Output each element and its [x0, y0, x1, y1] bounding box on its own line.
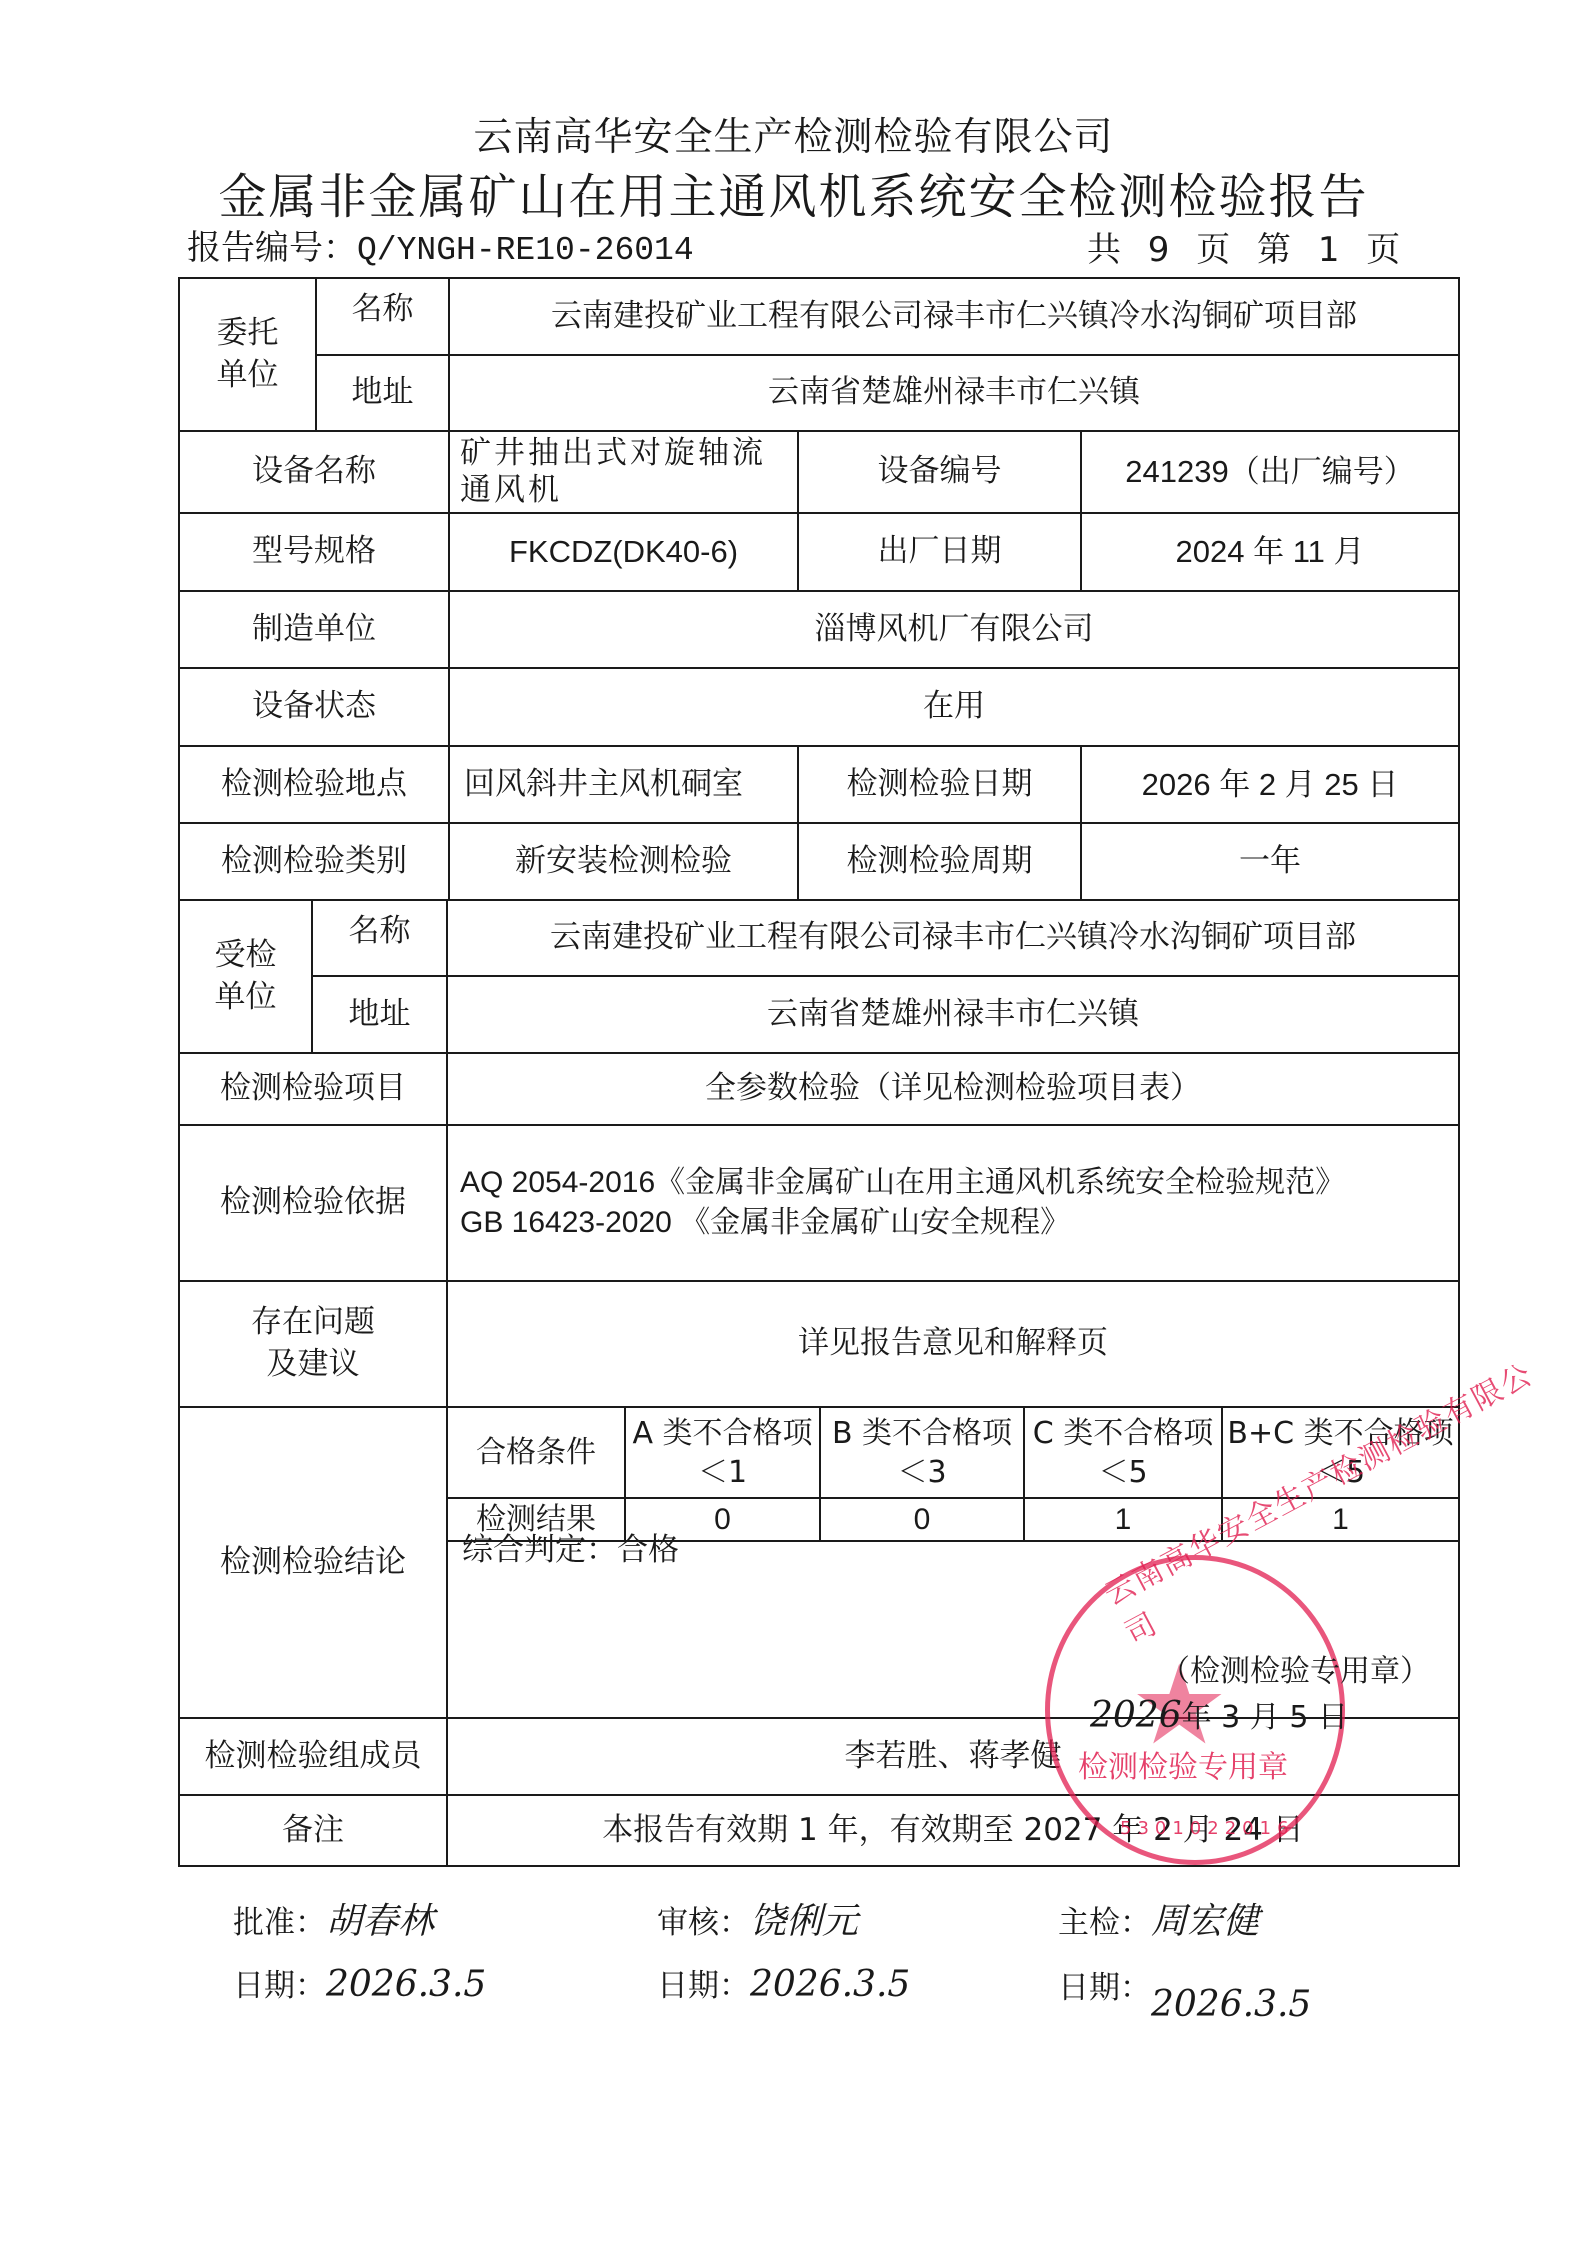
model-value: FKCDZ(DK40-6): [448, 512, 799, 592]
basis-line-1: AQ 2054-2016《金属非金属矿山在用主通风机系统安全检验规范》: [460, 1163, 1345, 1204]
inspected-name-label: 名称: [311, 899, 448, 977]
review-date-value: 2026.3.5: [750, 1964, 910, 2005]
approve-date: 日期：2026.3.5: [233, 1960, 486, 2005]
seal-center-text: 检测检验专用章: [1078, 1742, 1288, 1786]
equipment-name-text: 矿井抽出式对旋轴流通风机: [460, 435, 780, 509]
client-address-label: 地址: [315, 354, 450, 432]
status-value: 在用: [448, 667, 1460, 747]
inspection-location-value: 回风斜井主风机硐室: [448, 745, 799, 824]
stamp-date-year: 2026: [1090, 1695, 1182, 1736]
inspection-date-value: 2026 年 2 月 25 日: [1080, 745, 1460, 824]
report-number: 报告编号：Q/YNGH-RE10-26014: [187, 220, 694, 269]
report-title: 金属非金属矿山在用主通风机系统安全检测检验报告: [0, 158, 1587, 227]
company-name: 云南高华安全生产检测检验有限公司: [0, 106, 1587, 162]
factory-date-label: 出厂日期: [797, 512, 1082, 592]
items-label: 检测检验项目: [178, 1052, 448, 1126]
result-b: 0: [819, 1497, 1025, 1542]
chief-label: 主检：: [1058, 1905, 1151, 1941]
page-indicator: 共 9 页 第 1 页: [1087, 222, 1402, 271]
criteria-b: B 类不合格项＜3: [819, 1406, 1025, 1499]
factory-date-value: 2024 年 11 月: [1080, 512, 1460, 592]
manufacturer-value: 淄博风机厂有限公司: [448, 590, 1460, 669]
inspection-cycle-label: 检测检验周期: [797, 822, 1082, 901]
basis-label: 检测检验依据: [178, 1124, 448, 1282]
criteria-a: A 类不合格项＜1: [624, 1406, 821, 1499]
client-group-label: 委托单位: [178, 277, 317, 432]
review-date: 日期：2026.3.5: [657, 1960, 910, 2005]
review-name: 饶俐元: [750, 1901, 858, 1942]
review-label: 审核：: [657, 1905, 750, 1941]
chief-date: 日期：2026.3.5: [1058, 1962, 1311, 2007]
inspection-category-value: 新安装检测检验: [448, 822, 799, 901]
criteria-label: 合格条件: [446, 1406, 626, 1499]
remarks-label: 备注: [178, 1794, 448, 1867]
basis-value: AQ 2054-2016《金属非金属矿山在用主通风机系统安全检验规范》 GB 1…: [446, 1124, 1460, 1282]
stamp-date-rest: 年 3 月 5 日: [1182, 1700, 1348, 1735]
model-label: 型号规格: [178, 512, 450, 592]
client-address-value: 云南省楚雄州禄丰市仁兴镇: [448, 354, 1460, 432]
manufacturer-label: 制造单位: [178, 590, 450, 669]
issues-label: 存在问题及建议: [178, 1280, 448, 1408]
report-number-label: 报告编号：: [187, 228, 357, 268]
approve-date-value: 2026.3.5: [326, 1964, 486, 2005]
equipment-name-label: 设备名称: [178, 430, 450, 514]
client-group-text: 委托单位: [216, 313, 280, 397]
stamp-date: 2026年 3 月 5 日: [1090, 1692, 1348, 1736]
equipment-name-value: 矿井抽出式对旋轴流通风机: [448, 430, 799, 514]
status-label: 设备状态: [178, 667, 450, 747]
conclusion-label: 检测检验结论: [178, 1406, 448, 1719]
basis-line-2: GB 16423-2020 《金属非金属矿山安全规程》: [460, 1203, 1070, 1244]
team-label: 检测检验组成员: [178, 1717, 448, 1796]
approve-date-label: 日期：: [233, 1968, 326, 2004]
equipment-number-value: 241239（出厂编号）: [1080, 430, 1460, 514]
inspection-location-label: 检测检验地点: [178, 745, 450, 824]
stamp-caption: （检测检验专用章）: [1160, 1646, 1430, 1690]
chief-date-label: 日期：: [1058, 1970, 1151, 2006]
inspected-address-value: 云南省楚雄州禄丰市仁兴镇: [446, 975, 1460, 1054]
equipment-number-label: 设备编号: [797, 430, 1082, 514]
seal-number: 5301022016: [1120, 1818, 1295, 1839]
chief-signature: 主检：周宏健: [1058, 1893, 1259, 1944]
issues-label-text: 存在问题及建议: [248, 1302, 378, 1386]
inspected-name-value: 云南建投矿业工程有限公司禄丰市仁兴镇冷水沟铜矿项目部: [446, 899, 1460, 977]
inspection-date-label: 检测检验日期: [797, 745, 1082, 824]
chief-date-value: 2026.3.5: [1151, 1984, 1311, 2025]
approve-name: 胡春林: [326, 1901, 434, 1942]
chief-name: 周宏健: [1151, 1901, 1259, 1942]
review-signature: 审核：饶俐元: [657, 1893, 858, 1944]
client-name-label: 名称: [315, 277, 450, 356]
approve-signature: 批准：胡春林: [233, 1893, 434, 1944]
inspected-group-label: 受检单位: [178, 899, 313, 1054]
review-date-label: 日期：: [657, 1968, 750, 2004]
items-value: 全参数检验（详见检测检验项目表）: [446, 1052, 1460, 1126]
result-label: 检测结果: [446, 1497, 626, 1542]
inspection-cycle-value: 一年: [1080, 822, 1460, 901]
inspected-group-text: 受检单位: [214, 935, 278, 1019]
report-number-value: Q/YNGH-RE10-26014: [357, 232, 694, 269]
inspected-address-label: 地址: [311, 975, 448, 1054]
client-name-value: 云南建投矿业工程有限公司禄丰市仁兴镇冷水沟铜矿项目部: [448, 277, 1460, 356]
criteria-c: C 类不合格项＜5: [1023, 1406, 1223, 1499]
result-a: 0: [624, 1497, 821, 1542]
issues-value: 详见报告意见和解释页: [446, 1280, 1460, 1408]
inspection-category-label: 检测检验类别: [178, 822, 450, 901]
approve-label: 批准：: [233, 1905, 326, 1941]
